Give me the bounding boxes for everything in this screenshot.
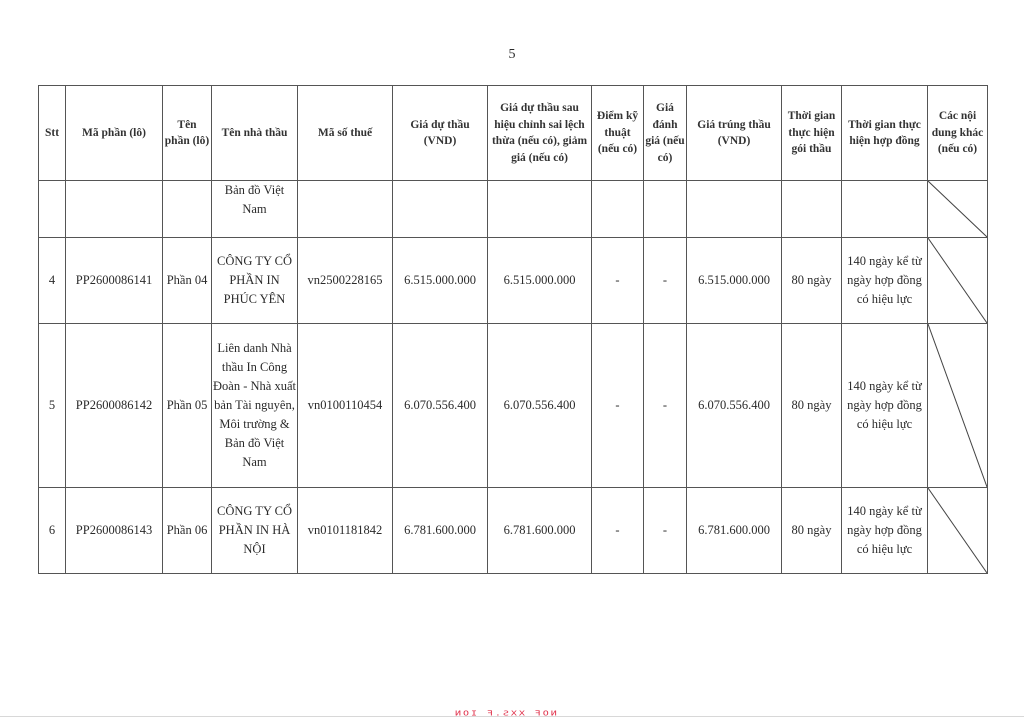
table-row: 6PP2600086143Phần 06CÔNG TY CỔ PHẦN IN H… [39, 488, 988, 574]
table-cell: 6 [39, 488, 66, 574]
column-header: Mã phần (lô) [66, 86, 163, 181]
table-cell: 140 ngày kể từ ngày hợp đồng có hiệu lực [842, 238, 928, 324]
table-cell [842, 181, 928, 238]
diagonal-strike-icon [928, 238, 987, 323]
table-cell: CÔNG TY CỔ PHẦN IN HÀ NỘI [212, 488, 298, 574]
table-cell [488, 181, 592, 238]
column-header: Giá đánh giá (nếu có) [644, 86, 687, 181]
table-cell: 6.781.600.000 [488, 488, 592, 574]
column-header: Mã số thuế [298, 86, 393, 181]
diagonal-strike-icon [928, 324, 987, 487]
table-cell: 80 ngày [782, 488, 842, 574]
column-header: Stt [39, 86, 66, 181]
header-row: SttMã phần (lô)Tên phần (lô)Tên nhà thầu… [39, 86, 988, 181]
column-header: Thời gian thực hiện hợp đồng [842, 86, 928, 181]
column-header: Giá dự thầu sau hiệu chỉnh sai lệch thừa… [488, 86, 592, 181]
page-number: 5 [0, 47, 1024, 63]
table-cell [687, 181, 782, 238]
table-cell: 6.070.556.400 [393, 324, 488, 488]
column-header: Tên nhà thầu [212, 86, 298, 181]
table-cell: - [592, 238, 644, 324]
struck-out-cell [928, 324, 988, 488]
table-cell [163, 181, 212, 238]
table-cell: 6.070.556.400 [687, 324, 782, 488]
table-cell: 6.515.000.000 [393, 238, 488, 324]
table-cell: 80 ngày [782, 238, 842, 324]
table-cell [644, 181, 687, 238]
diagonal-strike-icon [928, 488, 987, 573]
table-cell: - [644, 324, 687, 488]
table-cell: 140 ngày kể từ ngày hợp đồng có hiệu lực [842, 324, 928, 488]
table-cell: Phần 05 [163, 324, 212, 488]
table-cell: 140 ngày kể từ ngày hợp đồng có hiệu lực [842, 488, 928, 574]
table-cell: - [644, 238, 687, 324]
table-cell: Phần 04 [163, 238, 212, 324]
table-cell: CÔNG TY CỔ PHẦN IN PHÚC YÊN [212, 238, 298, 324]
table-cell: PP2600086142 [66, 324, 163, 488]
table-cell: 4 [39, 238, 66, 324]
column-header: Tên phần (lô) [163, 86, 212, 181]
table-cell [592, 181, 644, 238]
table-cell: 80 ngày [782, 324, 842, 488]
column-header: Điểm kỹ thuật (nếu có) [592, 86, 644, 181]
table-cell: Phần 06 [163, 488, 212, 574]
table-cell: vn0100110454 [298, 324, 393, 488]
table-row: Bản đồ Việt Nam [39, 181, 988, 238]
table-row: 5PP2600086142Phần 05Liên danh Nhà thầu I… [39, 324, 988, 488]
struck-out-cell [928, 181, 988, 238]
table-cell: 6.781.600.000 [393, 488, 488, 574]
table-cell [782, 181, 842, 238]
red-stamp-mark: ИОI ꟻ.ƧXX ꟻOИ [455, 710, 559, 718]
bid-results-table: SttMã phần (lô)Tên phần (lô)Tên nhà thầu… [38, 85, 988, 574]
table-cell: 6.515.000.000 [687, 238, 782, 324]
table-row: 4PP2600086141Phần 04CÔNG TY CỔ PHẦN IN P… [39, 238, 988, 324]
table-cell: - [592, 324, 644, 488]
table-cell: 5 [39, 324, 66, 488]
table-cell [66, 181, 163, 238]
column-header: Giá trúng thầu (VND) [687, 86, 782, 181]
table-cell: Bản đồ Việt Nam [212, 181, 298, 238]
table-cell [298, 181, 393, 238]
table-cell: PP2600086143 [66, 488, 163, 574]
table-cell: 6.515.000.000 [488, 238, 592, 324]
column-header: Các nội dung khác (nếu có) [928, 86, 988, 181]
table-cell: - [644, 488, 687, 574]
struck-out-cell [928, 488, 988, 574]
table-cell: vn0101181842 [298, 488, 393, 574]
column-header: Thời gian thực hiện gói thầu [782, 86, 842, 181]
table-cell: PP2600086141 [66, 238, 163, 324]
table-cell: 6.070.556.400 [488, 324, 592, 488]
diagonal-strike-icon [928, 181, 987, 237]
table-cell: Liên danh Nhà thầu In Công Đoàn - Nhà xu… [212, 324, 298, 488]
table-cell: 6.781.600.000 [687, 488, 782, 574]
table-cell [393, 181, 488, 238]
table-cell: vn2500228165 [298, 238, 393, 324]
table-cell: - [592, 488, 644, 574]
column-header: Giá dự thầu (VND) [393, 86, 488, 181]
struck-out-cell [928, 238, 988, 324]
table-cell [39, 181, 66, 238]
